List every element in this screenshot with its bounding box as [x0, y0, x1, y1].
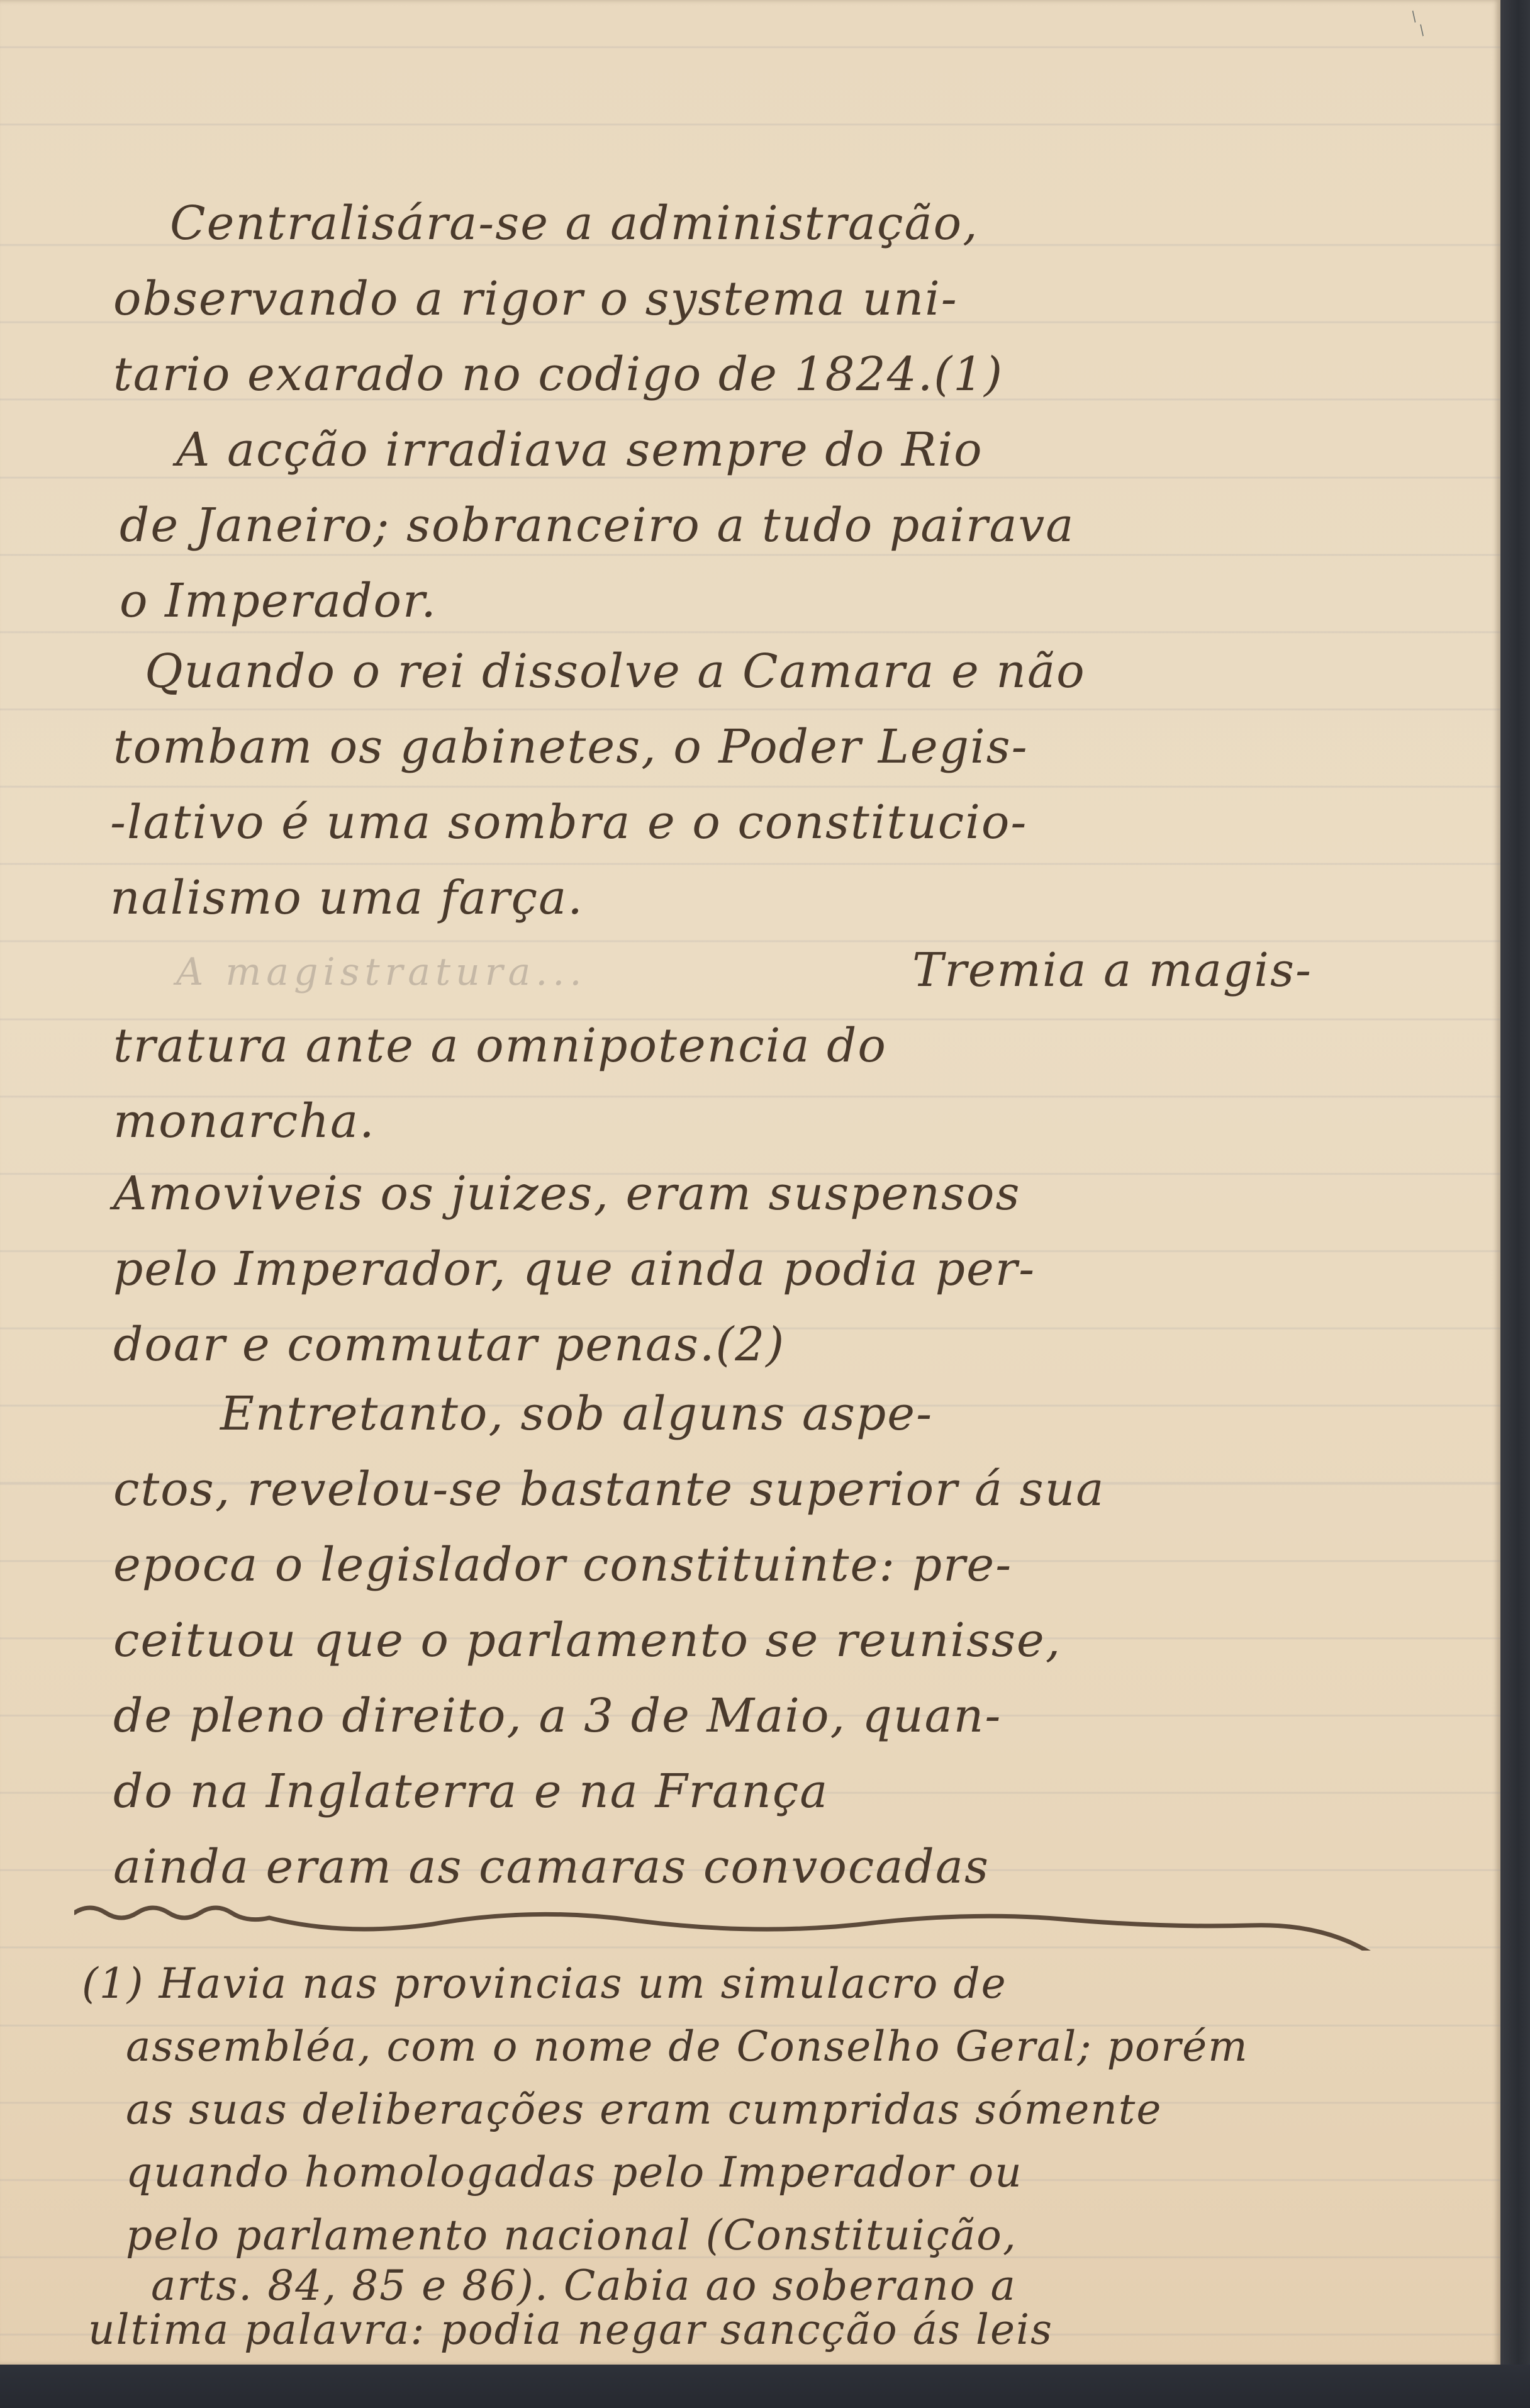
- footnote-region: [0, 0, 1500, 2365]
- scanner-background-right: [1500, 0, 1530, 2408]
- scanner-background-bottom: [0, 2365, 1530, 2408]
